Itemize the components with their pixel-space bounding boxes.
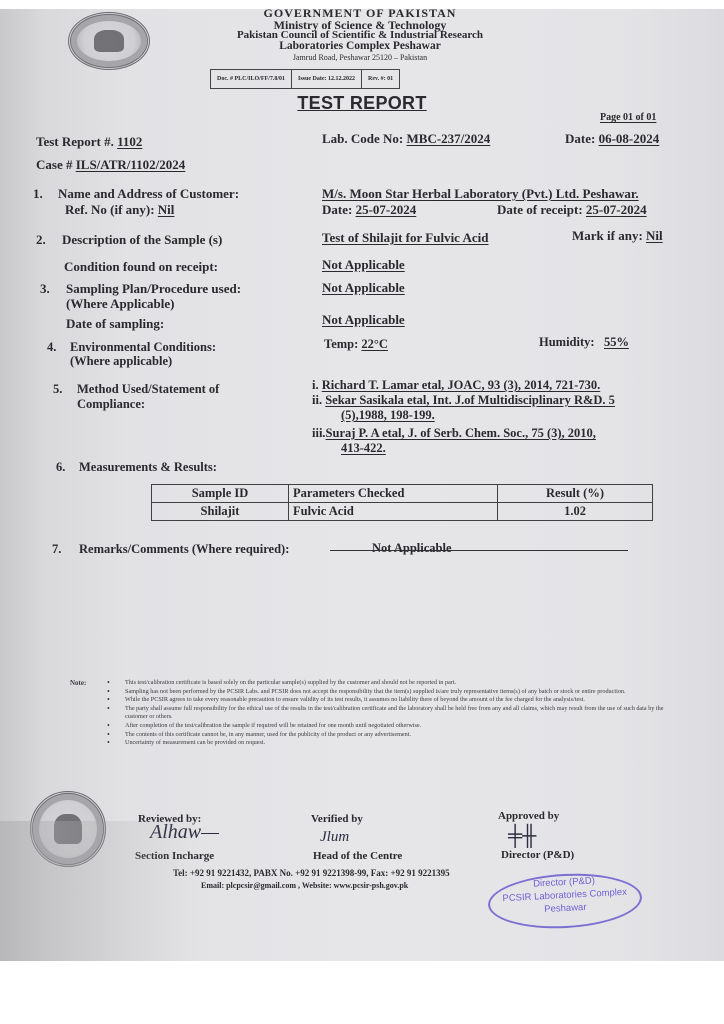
section-3-sublabel: (Where Applicable): [66, 296, 174, 312]
director-stamp: Director (P&D) PCSIR Laboratories Comple…: [487, 870, 644, 932]
note-item: Uncertainty of measurement can be provid…: [105, 739, 665, 748]
note-item: After completion of the test/calibration…: [105, 722, 665, 731]
approved-by-label: Approved by: [498, 810, 559, 822]
cell-sample-id: Shilajit: [152, 503, 289, 521]
section-7-number: 7.: [52, 542, 61, 557]
section-4-number: 4.: [47, 340, 56, 355]
verified-by-label: Verified by: [311, 813, 363, 825]
sampling-plan-value: Not Applicable: [322, 280, 405, 296]
reviewed-title: Section Incharge: [135, 850, 214, 862]
header-result: Result (%): [498, 485, 653, 503]
condition-value: Not Applicable: [322, 257, 405, 273]
pcsir-seal-logo: [68, 12, 150, 70]
section-1-number: 1.: [33, 186, 43, 202]
page-indicator: Page 01 of 01: [600, 112, 656, 123]
section-6-number: 6.: [56, 460, 65, 475]
customer-name: M/s. Moon Star Herbal Laboratory (Pvt.) …: [322, 186, 639, 202]
note-item: This test/calibration certificate is bas…: [105, 679, 665, 688]
section-5-label: Method Used/Statement of: [77, 382, 219, 397]
document-photo: GOVERNMENT OF PAKISTAN Ministry of Scien…: [0, 9, 724, 961]
issue-date: Issue Date: 12.12.2022: [292, 70, 362, 88]
report-date: Date: 06-08-2024: [565, 131, 659, 147]
reviewed-by-label: Reviewed by:: [138, 813, 201, 825]
lab-code: Lab. Code No: MBC-237/2024: [322, 131, 490, 147]
section-5-number: 5.: [53, 382, 62, 397]
verified-signature: Jlum: [320, 829, 349, 846]
section-2-number: 2.: [36, 232, 46, 248]
document-control-box: Doc. # PLC/ILO/FF/7.8/01 Issue Date: 12.…: [210, 69, 400, 89]
receipt-date: Date of receipt: 25-07-2024: [497, 202, 647, 218]
section-5-label-2: Compliance:: [77, 397, 145, 412]
section-3-number: 3.: [40, 281, 50, 297]
results-table: Sample ID Parameters Checked Result (%) …: [151, 484, 653, 521]
header-parameters: Parameters Checked: [289, 485, 498, 503]
remarks-value: Not Applicable: [372, 541, 452, 556]
method-3-continued: 413-422.: [341, 441, 386, 456]
section-4-sublabel: (Where applicable): [70, 354, 172, 369]
customer-date: Date: 25-07-2024: [322, 202, 416, 218]
note-item: Sampling has not been performed by the P…: [105, 688, 665, 697]
pcsir-seal-bottom: [30, 791, 106, 867]
header-sample-id: Sample ID: [152, 485, 289, 503]
header-address: Jamrud Road, Peshawar 25120 – Pakistan: [160, 53, 560, 62]
cell-result: 1.02: [498, 503, 653, 521]
section-3-label: Sampling Plan/Procedure used:: [66, 281, 241, 297]
notes-list: This test/calibration certificate is bas…: [105, 679, 665, 748]
sampling-date-value: Not Applicable: [322, 312, 405, 328]
section-2-label: Description of the Sample (s): [62, 232, 222, 248]
notes-label: Note:: [70, 679, 86, 687]
doc-number: Doc. # PLC/ILO/FF/7.8/01: [211, 70, 292, 88]
humidity: Humidity: 55%: [539, 335, 629, 350]
mark-if-any: Mark if any: Nil: [572, 228, 663, 244]
revision-number: Rev. #: 01: [362, 70, 399, 88]
verified-title: Head of the Centre: [313, 850, 402, 862]
page-title: TEST REPORT: [0, 93, 724, 114]
approved-signature: ╪╫: [508, 825, 536, 848]
test-report-number: Test Report #. 1102: [36, 134, 142, 150]
cell-parameter: Fulvic Acid: [289, 503, 498, 521]
reviewed-signature: Alhaw—: [150, 821, 219, 844]
note-item: While the PCSIR agrees to take every rea…: [105, 696, 665, 705]
method-1: i. Richard T. Lamar etal, JOAC, 93 (3), …: [312, 378, 600, 393]
footer-contact: Tel: +92 91 9221432, PABX No. +92 91 922…: [173, 868, 450, 878]
table-row: Shilajit Fulvic Acid 1.02: [152, 503, 653, 521]
temperature: Temp: 22°C: [324, 337, 388, 352]
section-4-label: Environmental Conditions:: [70, 340, 216, 355]
section-6-label: Measurements & Results:: [79, 460, 217, 475]
method-2-continued: (5),1988, 198-199.: [341, 408, 435, 423]
method-2: ii. Sekar Sasikala etal, Int. J.of Multi…: [312, 393, 615, 408]
method-3: iii.Suraj P. A etal, J. of Serb. Chem. S…: [312, 426, 596, 441]
ref-no: Ref. No (if any): Nil: [65, 202, 174, 218]
sampling-date-label: Date of sampling:: [66, 316, 164, 332]
results-header-row: Sample ID Parameters Checked Result (%): [152, 485, 653, 503]
note-item: The contents of this certificate cannot …: [105, 731, 665, 740]
sample-description: Test of Shilajit for Fulvic Acid: [322, 230, 488, 246]
section-1-label: Name and Address of Customer:: [58, 186, 239, 202]
section-7-label: Remarks/Comments (Where required):: [79, 542, 289, 557]
case-number: Case # ILS/ATR/1102/2024: [36, 157, 185, 173]
footer-email-website: Email: plcpcsir@gmail.com , Website: www…: [201, 881, 408, 890]
approved-title: Director (P&D): [501, 849, 574, 861]
condition-label: Condition found on receipt:: [64, 259, 218, 275]
note-item: The party shall assume full responsibili…: [105, 705, 665, 722]
header-line-lab: Laboratories Complex Peshawar: [160, 40, 560, 52]
